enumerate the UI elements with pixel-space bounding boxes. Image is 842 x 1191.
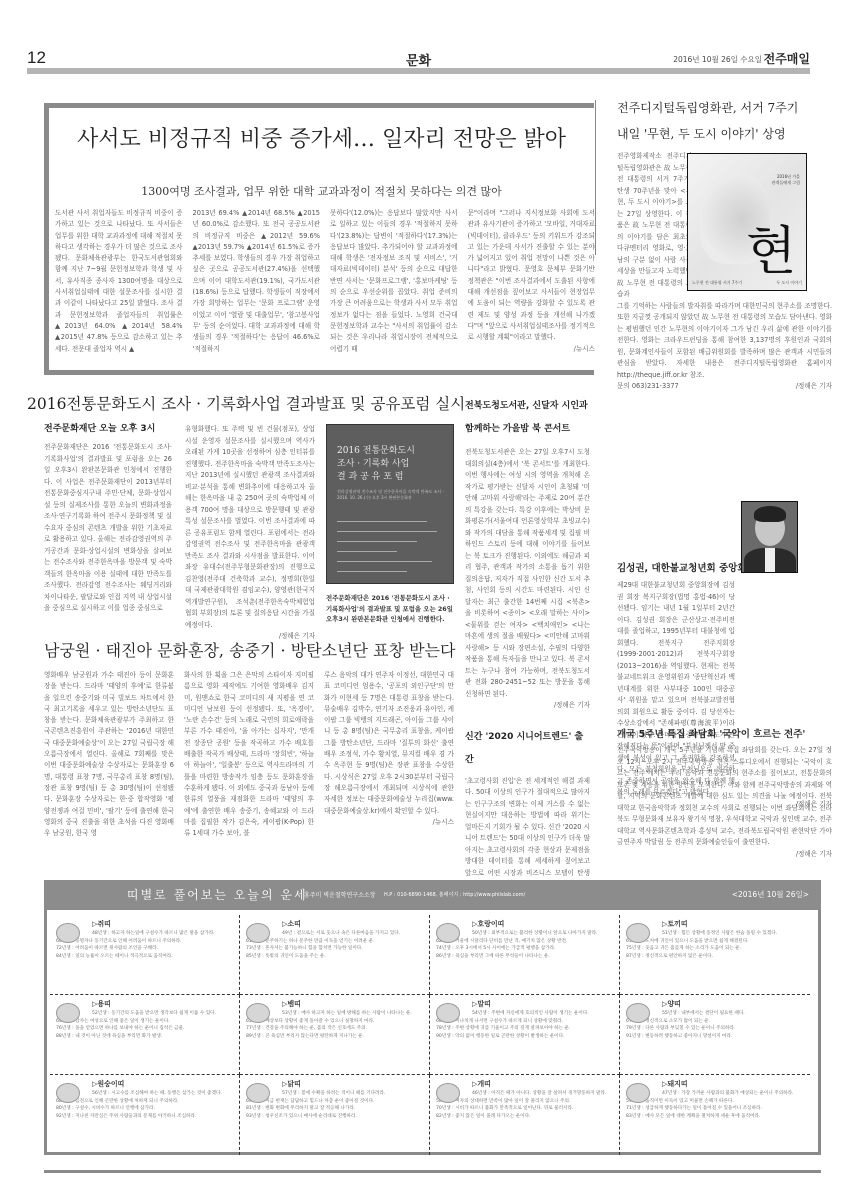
fortune-line: 67년생 : 정신적으로 소모가 많이 되는 운. <box>626 1018 804 1026</box>
fortune-line: 63년생 : 도처에 귀인이 있으니 도움을 받으면 쉽게 해결된다. <box>626 938 804 946</box>
cinema-contact: 문의 063)231-3377 <box>617 381 679 393</box>
forum-poster-subtitle: 전라감영권역 전수조사 및 전주한옥마을 숙박객 만족도 조사 · 2016. … <box>337 489 445 501</box>
sign-name: ▷닭띠 <box>282 1079 423 1090</box>
horoscope-date: <2016년 10월 26일> <box>732 889 809 900</box>
gugak-byline: /정해은 기자 <box>617 849 832 861</box>
concert-headline-1: 전북도청도서관, 신달자 시인과 <box>465 395 590 418</box>
concert-body-text: 전북도청도서관은 오는 27일 오후7시 도청 대회의실(4층)에서 '북 콘서… <box>465 448 590 698</box>
horoscope-horse: ▷말띠 54년생 : 주변에 자신에게 호의적인 사람이 생기는 운이다. 66… <box>430 995 620 1075</box>
awards-column-3: 루스 음악의 대가 연주자 이정선, 대한민국 대표 코미디언 엄용수, '공포… <box>324 670 454 839</box>
sign-name: ▷돼지띠 <box>662 1079 804 1090</box>
fortune-line: 54년생 : 주변에 자신에게 호의적인 사람이 생기는 운이다. <box>472 1010 613 1018</box>
fortune-line: 55년생 : 내부에서는 결단이 필요한 때다. <box>662 1010 804 1018</box>
fortune-line: 85년생 : 뜻밖의 귀인이 도움을 주는 운. <box>246 953 423 961</box>
fortune-line: 77년생 : 건강을 주의해야 하는 운, 몸의 작은 신호에도 주의. <box>246 1025 423 1033</box>
forum-poster-title-1: 2016 전통문화도시 <box>337 445 415 458</box>
fortune-line: 90년생 : 악의 없이 행동한 일로 곤란한 상황이 발생하는 운이다. <box>436 1033 613 1041</box>
fortune-line: 51년생 : 힘든 상황에 동정인 사람은 한숨 돌릴 수 있겠다. <box>662 930 804 938</box>
fortune-line: 76년생 : 돌을 얻었으면 하나를 보내야 하는 운이니 집착은 금물. <box>56 1025 233 1033</box>
horoscope-dragon: ▷용띠 52년생 : 동기간의 도움을 받으면 생각보다 쉽게 이룰 수 있다.… <box>50 995 240 1075</box>
movie-poster-image: 2016년 가을관객들에게 그림 현 노무현 전 대통령 서거 7주기 두 도시… <box>687 153 807 291</box>
rooster-icon <box>246 1083 270 1103</box>
cinema-byline: /정해은 기자 <box>796 381 832 393</box>
page-header: 12 문화 2016년 10월 26일 수요일 전주매일 <box>27 36 810 72</box>
lead-column-4: 문"이라며 "그러나 지식정보화 사회에 도서관과 유사기관이 증가하고 '모바… <box>468 208 596 355</box>
fortune-line: 70년생 : 시비가 따르니 불화가 만족적으로 일어난다. 뒤로 물러서라. <box>436 1105 613 1113</box>
fortune-line: 57년생 : 봄에 수확을 하려는 격이니 때를 기다려라. <box>282 1090 423 1098</box>
horoscope-header: 띠별로 풀어보는 오늘의 운세 홍주미 벽운철학연구소소장 H.P : 010-… <box>44 880 821 910</box>
fortune-line: 82년생 : 좋지 않은 일이 몰래 다가오는 운이다. <box>436 1113 613 1121</box>
rabbit-icon <box>626 923 650 943</box>
rat-icon <box>56 923 80 943</box>
horse-icon <box>436 1003 460 1023</box>
fortune-line: 59년생 : 움직이면 이득이 있고 머물면 손해가 따른다. <box>626 1098 804 1106</box>
sign-name: ▷뱀띠 <box>282 999 423 1010</box>
fortune-line: 72년생 : 어려움이 따르면 윗사람의 조언을 구해라. <box>56 945 233 953</box>
cinema-body-wide: 그를 기억하는 사람들의 발자취를 따라가며 대한민국의 현주소를 조명한다. … <box>600 301 832 382</box>
fortune-line: 79년생 : 다른 사람과 부딪칠 수 있는 운이니 주의하라. <box>626 1025 804 1033</box>
schedule-line <box>337 561 432 562</box>
fortune-line: 52년생 : 동기간의 도움을 받으면 생각보다 쉽게 이룰 수 있다. <box>92 1010 233 1018</box>
horoscope-rooster: ▷닭띠 57년생 : 봄에 수확을 하려는 격이니 때를 기다려라. 69년생 … <box>240 1075 430 1155</box>
fortune-line: 71년생 : 성급하게 행동하다가는 일이 틀어질 수 있을어니 조심하라. <box>626 1105 804 1113</box>
cinema-headline-1: 전주디지털독립영화관, 서거 7주기 <box>600 95 832 121</box>
awards-headline: 남궁원 · 태진아 문화훈장, 송중기 · 방탄소년단 표창 받는다 <box>44 638 455 661</box>
fortune-line: 81년생 : 변화 변화에 무리하지 말고 잘 적응해 나가라. <box>246 1105 423 1113</box>
fortune-line: 86년생 : 욕심을 부리면 그에 따른 무착들이 나타나는 운. <box>436 953 613 961</box>
horoscope-tiger: ▷호랑이띠 50년생 : 외부적으로는 불리한 상황이니 앞으로 나아가지 말라… <box>430 915 620 995</box>
fortune-line: 65년생 : 예상보다 상황이 좋게 돌아갈 수 있으니 실망하지 마라. <box>246 1018 423 1026</box>
lead-article: 사서도 비정규직 비중 증가세… 일자리 전망은 밝아 1300여명 조사결과,… <box>44 103 594 375</box>
fortune-line: 89년생 : 큰 욕심만 부리지 않는다면 평탄하게 지나가는 운. <box>246 1033 423 1041</box>
forum-poster-title-3: 결 과 공 유 포 럼 <box>337 471 415 484</box>
horoscope-pig: ▷돼지띠 47년생 : 가장 가까운 사람과의 불화가 예상되는 운이니 주의하… <box>620 1075 810 1155</box>
fortune-line: 50년생 : 외부적으로는 불리한 상황이니 앞으로 나아가지 말라. <box>472 930 613 938</box>
fortune-line: 92년생 : 지나친 자만심은 주위 사람들과의 문제를 야기하니 조심하라. <box>56 1113 233 1121</box>
gugak-body-text: 전주국악방송이 개국 5주년을 기념해 특집 좌담회를 갖는다. 오는 27일 … <box>617 746 832 846</box>
awards-column-1: 영화배우 남궁원과 가수 태진아 등이 문화훈장을 받는다. 드라마 '태양의 … <box>44 670 174 839</box>
horoscope-ox: ▷소띠 49년 : 겉으로는 서로 웃으나 속은 다른마음을 가지고 있다. 6… <box>240 915 430 995</box>
tiger-icon <box>436 923 460 943</box>
ox-icon <box>246 923 270 943</box>
fortune-line: 46년생 : 아직은 때가 아니다. 상황을 잘 살펴서 경거망동하지 말라. <box>472 1090 613 1098</box>
horoscope-dog: ▷개띠 46년생 : 아직은 때가 아니다. 상황을 잘 살펴서 경거망동하지 … <box>430 1075 620 1155</box>
schedule-line <box>337 541 417 542</box>
cinema-footer: 문의 063)231-3377 /정해은 기자 <box>600 381 832 393</box>
concert-byline: /정해은 기자 <box>465 700 590 712</box>
awards-byline: /뉴시스 <box>324 817 454 828</box>
concert-body: 전북도청도서관은 오는 27일 오후7시 도청 대회의실(4층)에서 '북 콘서… <box>465 447 590 712</box>
horoscope-title: 띠별로 풀어보는 오늘의 운세 <box>127 886 308 903</box>
center-column: 전북도청도서관, 신달자 시인과 함께하는 가을밤 북 콘서트 전북도청도서관은… <box>465 395 590 902</box>
monkey-icon <box>56 1083 80 1103</box>
dog-icon <box>436 1083 460 1103</box>
issue-date: 2016년 10월 26일 수요일 <box>673 54 762 65</box>
newspaper-name: 전주매일 <box>764 50 810 67</box>
forum-column-2-text: 유형화했다. 또 주택 및 빈 건물(점포), 상업시설 운영자 설문조사를 실… <box>185 425 315 629</box>
horoscope-rabbit: ▷토끼띠 51년생 : 힘든 상황에 동정인 사람은 한숨 돌릴 수 있겠다. … <box>620 915 810 995</box>
lead-body: 도서관 사서 취업자들도 비정규직 비중이 증가하고 있는 것으로 나타났다. … <box>55 208 595 355</box>
sign-name: ▷소띠 <box>282 919 423 930</box>
fortune-line: 62년생 : 거울에 시달리다 단비를 만난 격, 예기치 않은 상황 반전. <box>436 938 613 946</box>
fortune-line: 48년생 : 하고자 하는일에 구설수가 따르니 많은 말을 삼가라. <box>92 930 233 938</box>
cinema-body-narrow: 전주영화제작소 전주디지털독립영화관은 故 노무현 전 대통령의 서거 7주기·… <box>600 151 692 301</box>
footer-divider <box>44 1170 821 1173</box>
lead-byline: /뉴시스 <box>468 344 596 355</box>
horoscope-sheep: ▷양띠 55년생 : 내부에서는 결단이 필요한 때다. 67년생 : 정신적으… <box>620 995 810 1075</box>
fortune-line: 80년생 : 구설수, 시비수가 따르니 언행에 삼가라. <box>56 1105 233 1113</box>
dragon-icon <box>56 1003 80 1023</box>
snake-icon <box>246 1003 270 1023</box>
fortune-line: 74년생 : 오후 3시에서 5시 사이에는 가급적 평행을 삼가라. <box>436 945 613 953</box>
poster-credits: 2016년 가을관객들에게 그림 <box>772 174 800 186</box>
fortune-line: 58년생 : 여자의 상대하면 만족이 많아 일이 잘 풀리지 않으니 주의. <box>436 1098 613 1106</box>
fortune-line: 83년생 : 매사 모든 일에 대한 계획을 철저하게 세운 후에 움직여라. <box>626 1113 804 1121</box>
fortune-line: 75년생 : 웃음고 귀든 흡를게 하는 소리가 도움이 되는 운. <box>626 945 804 953</box>
fortune-line: 64년생 : 남자는 여성으로 인해 좋은 일이 생기는 운이다. <box>56 1018 233 1026</box>
fortune-line: 53년생 : 매사 하고자 하는 일에 방해를 하는 사람이 나타나는 운. <box>282 1010 423 1018</box>
fortune-line: 61년생 : 문주하기는 하나 문주한 만큼 이득을 얻기는 어려운 운. <box>246 938 423 946</box>
sign-name: ▷말띠 <box>472 999 613 1010</box>
awards-body: 영화배우 남궁원과 가수 태진아 등이 문화훈장을 받는다. 드라마 '태양의 … <box>44 670 454 839</box>
sign-name: ▷개띠 <box>472 1079 613 1090</box>
lead-subheadline: 1300여명 조사결과, 업무 위한 대학 교과과정이 적절치 못하다는 의견 … <box>49 183 594 199</box>
fortune-line: 87년생 : 정신적으로 편안하지 않은 운이다. <box>626 953 804 961</box>
schedule-line <box>337 531 437 532</box>
lead-column-1: 도서관 사서 취업자들도 비정규직 비중이 증가하고 있는 것으로 나타났다. … <box>55 208 183 355</box>
fortune-line: 49년 : 겉으로는 서로 웃으나 속은 다른마음을 가지고 있다. <box>282 930 423 938</box>
book-headline: 신간 '2020 시니어트렌드' 출간 <box>465 726 590 772</box>
forum-poster-image: 2016 전통문화도시 조사 · 기록화 사업 결 과 공 유 포 럼 전라감영… <box>326 424 454 584</box>
forum-column-2: 유형화했다. 또 주택 및 빈 건물(점포), 상업시설 운영자 설문조사를 실… <box>185 424 315 643</box>
forum-poster-title: 2016 전통문화도시 조사 · 기록화 사업 결 과 공 유 포 럼 <box>337 445 415 484</box>
column-divider <box>595 100 596 255</box>
fortune-line: 84년생 : 일의 능률이 오르는 때이니 적극적으로 움직여라. <box>56 953 233 961</box>
horoscope-snake: ▷뱀띠 53년생 : 매사 하고자 하는 일에 방해를 하는 사람이 나타나는 … <box>240 995 430 1075</box>
forum-photo-caption: 전주문화재단은 2016 '전통문화도시 조사 · 기록화사업'의 결과발표 및… <box>326 593 456 625</box>
lead-column-4-text: 문"이라며 "그러나 지식정보화 사회에 도서관과 유사기관이 증가하고 '모바… <box>468 209 596 341</box>
book-body-text: '초고령사회 진입'은 전 세계적인 해결 과제다. 50대 이상의 인구가 절… <box>465 777 590 889</box>
horoscope-contact: H.P : 010-6890-1468, 홈페이지 : http://www.p… <box>384 891 525 898</box>
hair-shape <box>754 506 786 522</box>
awards-column-3-text: 루스 음악의 대가 연주자 이정선, 대한민국 대표 코미디언 엄용수, '공포… <box>324 671 454 815</box>
forum-poster-title-2: 조사 · 기록화 사업 <box>337 458 415 471</box>
sheep-icon <box>626 1003 650 1023</box>
cinema-headline-2: 내일 '무현, 두 도시 이야기' 상영 <box>600 121 832 147</box>
forum-subheadline: 전주문화재단 오늘 오후 3시 <box>44 421 155 434</box>
poster-caption-right: 두 도시 이야기 <box>776 280 802 286</box>
schedule-line <box>337 521 427 522</box>
sign-name: ▷쥐띠 <box>92 919 233 930</box>
fortune-line: 88년생 : 내 것이 아닌 것에 욕심을 부리면 화가 발생. <box>56 1033 233 1041</box>
horoscope-author: 홍주미 벽운철학연구소소장 <box>304 890 375 899</box>
sign-name: ▷원숭이띠 <box>92 1079 233 1090</box>
fortune-line: 78년생 : 주변 상황에 귀를 기울이고 주의 깊게 살펴보아야 하는 운. <box>436 1025 613 1033</box>
forum-column-1: 전주문화재단은 2016 '전통문화도시 조사·기록화사업'의 결과발표 및 포… <box>44 442 172 615</box>
gugak-headline: 개국 5주년 특집 좌담회 '국악이 흐르는 전주' <box>617 726 805 740</box>
pig-icon <box>626 1083 650 1103</box>
portrait-photo <box>741 501 798 573</box>
horoscope-monkey: ▷원숭이띠 56년생 : 시고수를 조심해야 하는 때, 동행은 삼가는 것이 … <box>50 1075 240 1155</box>
fortune-line: 73년생 : 혼자서는 불가능하니 힘을 합치면 가능한 일이다. <box>246 945 423 953</box>
horoscope-rat: ▷쥐띠 48년생 : 하고자 하는일에 구설수가 따르니 많은 말을 삼가라. … <box>50 915 240 995</box>
fortune-line: 66년생 : 지나치게 나서면 구설수가 따르게 되니 상황에 맞춰라. <box>436 1018 613 1026</box>
sign-name: ▷양띠 <box>662 999 804 1010</box>
shirt-shape <box>765 548 775 573</box>
sign-name: ▷용띠 <box>92 999 233 1010</box>
lead-column-2: 2013년 69.4% ▲2014년 68.5% ▲2015년 60.0%로 감… <box>193 208 321 355</box>
fortune-line: 69년생 : 지금 현재는 답답하고 힘드나 차츰 운이 좋아질 것이다. <box>246 1098 423 1106</box>
fortune-line: 56년생 : 시고수를 조심해야 하는 때, 동행은 삼가는 것이 좋겠다. <box>92 1090 233 1098</box>
poster-caption-left: 노무현 전 대통령 서거 7주기 <box>692 280 742 286</box>
fortune-line: 47년생 : 가장 가까운 사람과의 불화가 예상되는 운이니 주의하라. <box>662 1090 804 1098</box>
sign-name: ▷토끼띠 <box>662 919 804 930</box>
poster-calligraphy: 현 <box>746 209 796 284</box>
awards-column-2: 화사의 한 획을 그은 은막의 스타이자 지미필름으로 영화 제작에도 기여한 … <box>184 670 314 839</box>
lead-column-3: 못하다'(12.0%)는 응답보다 많았지만 사서로 일하고 있는 이들의 경우… <box>330 208 458 355</box>
header-divider <box>27 68 810 74</box>
fortune-line: 60년생 : 공명자나 동기간으로 인해 어려움이 따르니 주의하라. <box>56 938 233 946</box>
fortune-line: 93년생 : 청우신조가 있으니 매사에 순리대로 진행하라. <box>246 1113 423 1121</box>
horoscope-grid: ▷쥐띠 48년생 : 하고자 하는일에 구설수가 따르니 많은 말을 삼가라. … <box>50 915 810 1155</box>
sign-name: ▷호랑이띠 <box>472 919 613 930</box>
concert-headline-2: 함께하는 가을밤 북 콘서트 <box>465 418 590 441</box>
fortune-line: 68년생 : 금전으로 인해 곤란한 상황에 처하게 되니 주의하라. <box>56 1098 233 1106</box>
schedule-line <box>337 551 397 552</box>
fortune-line: 91년생 : 변동하려 행동하고 좋아지니 망설이지 마라. <box>626 1033 804 1041</box>
gugak-body: 전주국악방송이 개국 5주년을 기념해 특집 좌담회를 갖는다. 오는 27일 … <box>617 745 832 860</box>
forum-headline: 2016전통문화도시 조사 · 기록화사업 결과발표 및 공유포럼 실시 <box>27 392 465 414</box>
lead-headline: 사서도 비정규직 비중 증가세… 일자리 전망은 밝아 <box>49 122 594 153</box>
schedule-line <box>337 571 407 572</box>
